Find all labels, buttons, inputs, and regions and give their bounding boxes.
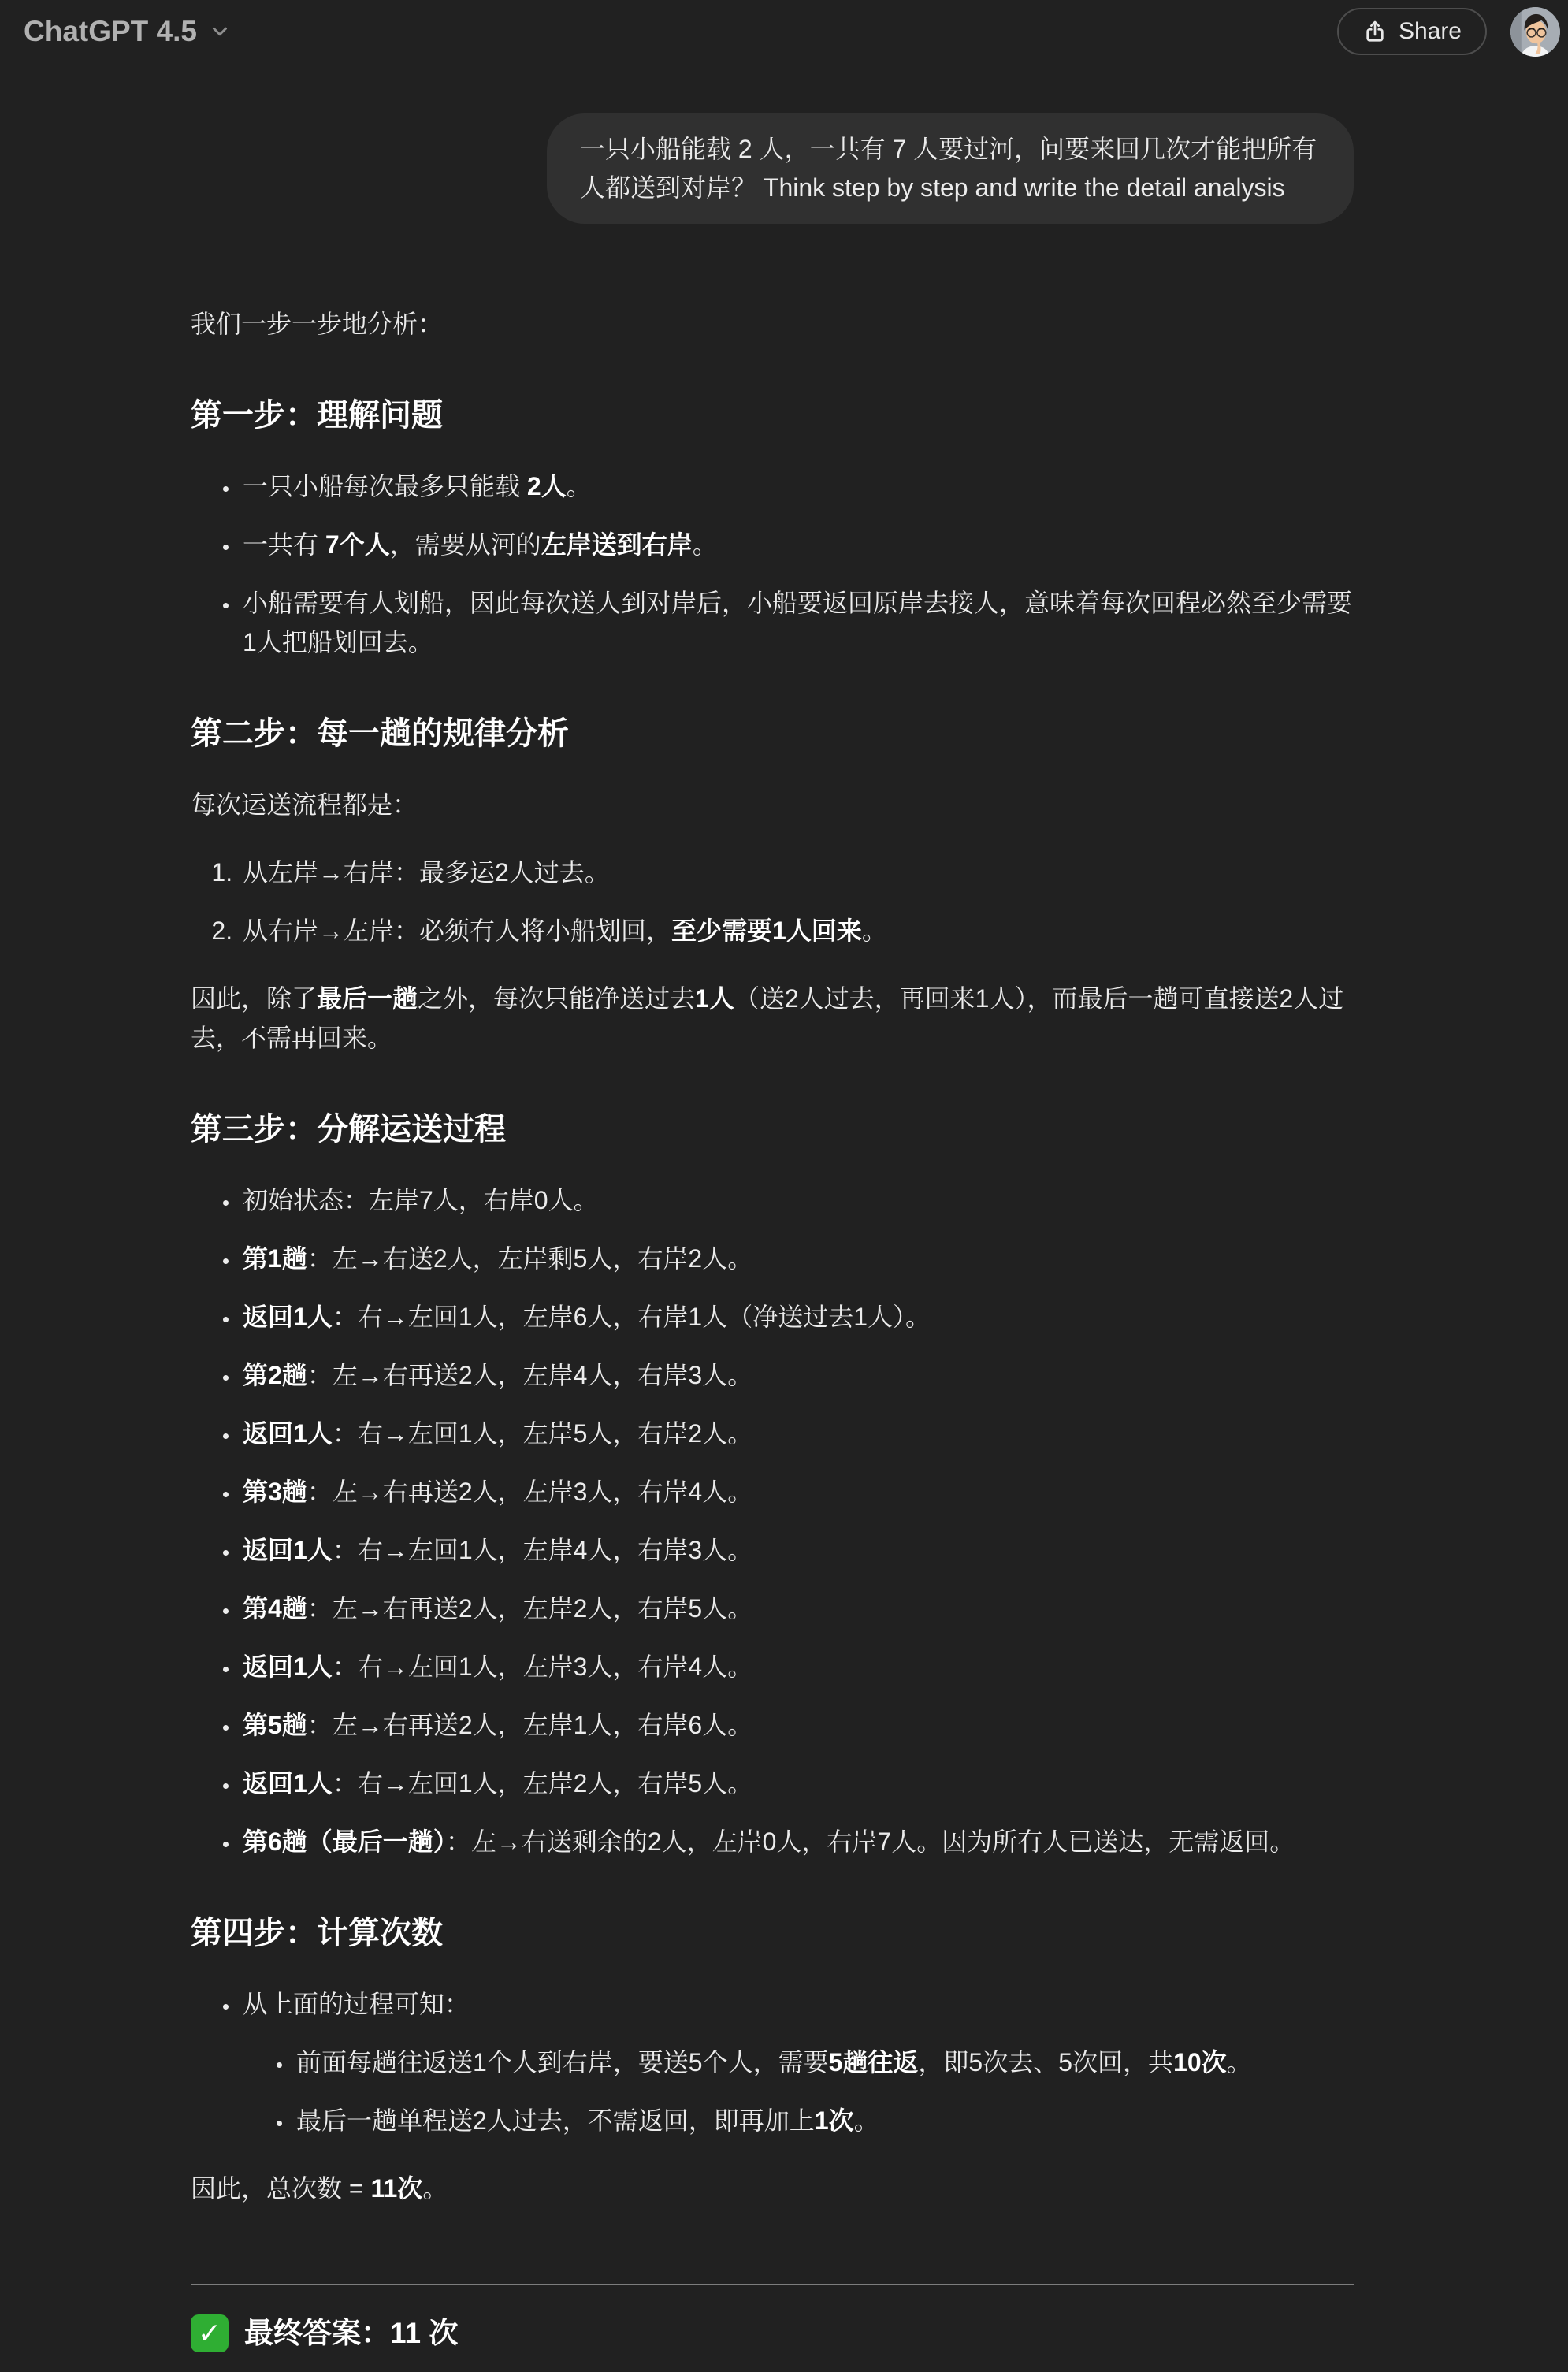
list-item: 从左岸→右岸：最多运2人过去。 — [240, 853, 1354, 892]
divider — [191, 2284, 1354, 2285]
list-item: 第1趟：左→右送2人，左岸剩5人，右岸2人。 — [240, 1239, 1354, 1278]
model-label: ChatGPT 4.5 — [24, 15, 197, 48]
list-item: 初始状态：左岸7人，右岸0人。 — [240, 1180, 1354, 1220]
top-bar-right: Share — [1337, 7, 1560, 57]
chevron-down-icon — [208, 20, 232, 43]
step4-conclusion: 因此，总次数 = 11次。 — [191, 2169, 1354, 2208]
step4-lead-text: 从上面的过程可知： — [243, 1990, 470, 2018]
step3-heading: 第三步：分解运送过程 — [191, 1110, 1354, 1149]
step1-list: 一只小船每次最多只能载 2人。 一共有 7个人，需要从河的左岸送到右岸。 小船需… — [191, 467, 1354, 662]
model-switcher[interactable]: ChatGPT 4.5 — [14, 9, 241, 54]
list-item: 第4趟：左→右再送2人，左岸2人，右岸5人。 — [240, 1589, 1354, 1628]
step2-lead: 每次运送流程都是： — [191, 785, 1354, 824]
user-message-bubble: 一只小船能载 2 人，一共有 7 人要过河，问要来回几次才能把所有人都送到对岸？… — [547, 113, 1354, 224]
list-item: 小船需要有人划船，因此每次送人到对岸后，小船要返回原岸去接人，意味着每次回程必然… — [240, 583, 1354, 662]
step4-heading: 第四步：计算次数 — [191, 1913, 1354, 1953]
step2-ordered-list: 从左岸→右岸：最多运2人过去。 从右岸→左岸：必须有人将小船划回，至少需要1人回… — [191, 853, 1354, 950]
list-item: 第3趟：左→右再送2人，左岸3人，右岸4人。 — [240, 1472, 1354, 1511]
list-item: 从上面的过程可知： 前面每趟往返送1个人到右岸，要送5个人，需要5趟往返，即5次… — [240, 1984, 1354, 2140]
list-item: 返回1人：右→左回1人，左岸6人，右岸1人（净送过去1人）。 — [240, 1297, 1354, 1337]
assistant-message: 我们一步一步地分析： 第一步：理解问题 一只小船每次最多只能载 2人。 一共有 … — [191, 304, 1354, 2353]
share-icon — [1362, 19, 1388, 44]
list-item: 一只小船每次最多只能载 2人。 — [240, 467, 1354, 506]
share-label: Share — [1399, 18, 1462, 45]
chatgpt-app: ChatGPT 4.5 Share — [0, 0, 1568, 2353]
list-item: 第6趟（最后一趟）：左→右送剩余的2人，左岸0人，右岸7人。因为所有人已送达，无… — [240, 1822, 1354, 1861]
user-avatar[interactable] — [1510, 7, 1560, 57]
conversation: 一只小船能载 2 人，一共有 7 人要过河，问要来回几次才能把所有人都送到对岸？… — [191, 113, 1354, 2353]
final-answer-text: 最终答案：11 次 — [244, 2314, 458, 2353]
list-item: 返回1人：右→左回1人，左岸2人，右岸5人。 — [240, 1764, 1354, 1803]
step1-heading: 第一步：理解问题 — [191, 396, 1354, 435]
top-bar: ChatGPT 4.5 Share — [0, 0, 1568, 63]
step2-heading: 第二步：每一趟的规律分析 — [191, 714, 1354, 753]
check-icon: ✓ — [191, 2314, 229, 2352]
user-message-row: 一只小船能载 2 人，一共有 7 人要过河，问要来回几次才能把所有人都送到对岸？… — [191, 113, 1354, 224]
list-item: 第2趟：左→右再送2人，左岸4人，右岸3人。 — [240, 1355, 1354, 1395]
user-message-text: 一只小船能载 2 人，一共有 7 人要过河，问要来回几次才能把所有人都送到对岸？… — [580, 135, 1317, 202]
list-item: 第5趟：左→右再送2人，左岸1人，右岸6人。 — [240, 1705, 1354, 1745]
list-item: 最后一趟单程送2人过去，不需返回，即再加上1次。 — [293, 2101, 1354, 2140]
step4-sub-list: 前面每趟往返送1个人到右岸，要送5个人，需要5趟往返，即5次去、5次回，共10次… — [243, 2043, 1354, 2140]
avatar-image — [1510, 7, 1560, 57]
intro-paragraph: 我们一步一步地分析： — [191, 304, 1354, 344]
share-button[interactable]: Share — [1337, 8, 1487, 55]
list-item: 返回1人：右→左回1人，左岸4人，右岸3人。 — [240, 1530, 1354, 1570]
list-item: 返回1人：右→左回1人，左岸5人，右岸2人。 — [240, 1414, 1354, 1453]
step4-list: 从上面的过程可知： 前面每趟往返送1个人到右岸，要送5个人，需要5趟往返，即5次… — [191, 1984, 1354, 2140]
step2-conclusion: 因此，除了最后一趟之外，每次只能净送过去1人（送2人过去，再回来1人），而最后一… — [191, 979, 1354, 1058]
step3-list: 初始状态：左岸7人，右岸0人。 第1趟：左→右送2人，左岸剩5人，右岸2人。 返… — [191, 1180, 1354, 1861]
final-answer: ✓ 最终答案：11 次 — [191, 2314, 1354, 2353]
list-item: 前面每趟往返送1个人到右岸，要送5个人，需要5趟往返，即5次去、5次回，共10次… — [293, 2043, 1354, 2082]
list-item: 一共有 7个人，需要从河的左岸送到右岸。 — [240, 525, 1354, 564]
list-item: 从右岸→左岸：必须有人将小船划回，至少需要1人回来。 — [240, 911, 1354, 950]
list-item: 返回1人：右→左回1人，左岸3人，右岸4人。 — [240, 1647, 1354, 1686]
